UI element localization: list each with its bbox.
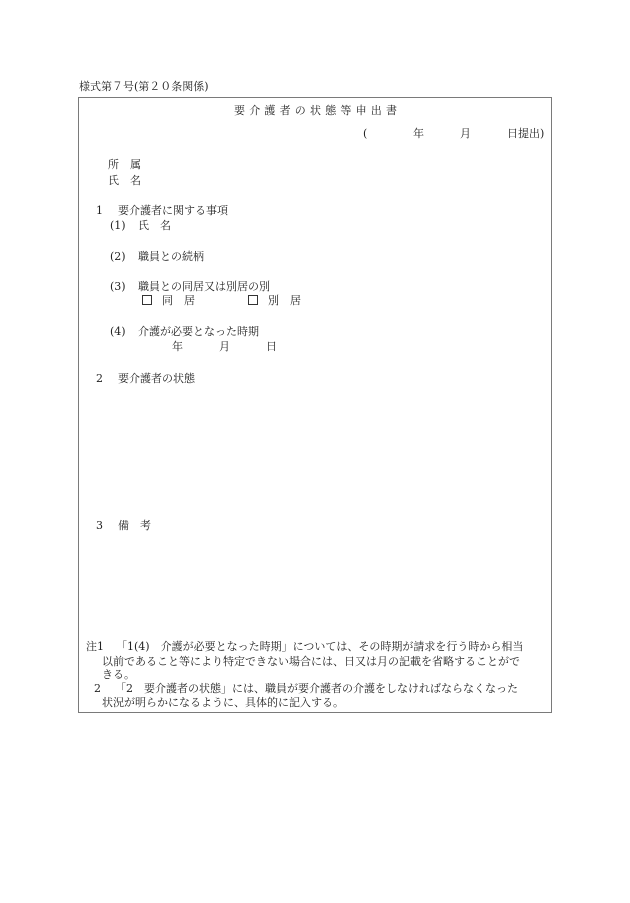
submission-day-label: 日提出): [507, 127, 544, 140]
option-separate[interactable]: 別居: [248, 294, 301, 307]
document-title: 要介護者の状態等申出書: [234, 104, 401, 117]
submission-year-label: 年: [413, 127, 424, 140]
section-1-item-2: (2)職員との続柄: [110, 250, 204, 263]
applicant-name-label: 氏名: [108, 174, 141, 187]
care-start-year-label: 年: [172, 340, 183, 353]
note-1-line-2: 以前であること等により特定できない場合には、日又は月の記載を省略することがで: [102, 655, 520, 668]
section-3-heading: 3備考: [96, 519, 151, 532]
option-cohabiting[interactable]: 同居: [142, 294, 195, 307]
note-1-line-3: きる。: [102, 668, 135, 681]
submission-month-label: 月: [460, 127, 471, 140]
note-1: 注1「1(4) 介護が必要となった時期」については、その時期が請求を行う時から相…: [86, 640, 523, 653]
form-frame: [78, 97, 552, 713]
note-2-line-2: 状況が明らかになるように、具体的に記入する。: [102, 696, 344, 709]
checkbox-icon[interactable]: [248, 295, 258, 305]
care-start-day-label: 日: [266, 340, 277, 353]
form-number: 様式第７号(第２０条関係): [79, 80, 209, 93]
section-1-item-1: (1)氏名: [110, 219, 171, 232]
section-1-heading: 1要介護者に関する事項: [96, 204, 228, 217]
applicant-department-label: 所属: [108, 158, 141, 171]
date-paren-open: (: [363, 127, 367, 140]
care-start-month-label: 月: [219, 340, 230, 353]
section-1-item-3: (3)職員との同居又は別居の別: [110, 280, 270, 293]
section-1-item-4: (4)介護が必要となった時期: [110, 325, 259, 338]
note-2: 2「2 要介護者の状態」には、職員が要介護者の介護をしなければならなくなった: [94, 682, 518, 695]
section-2-heading: 2要介護者の状態: [96, 372, 195, 385]
checkbox-icon[interactable]: [142, 295, 152, 305]
